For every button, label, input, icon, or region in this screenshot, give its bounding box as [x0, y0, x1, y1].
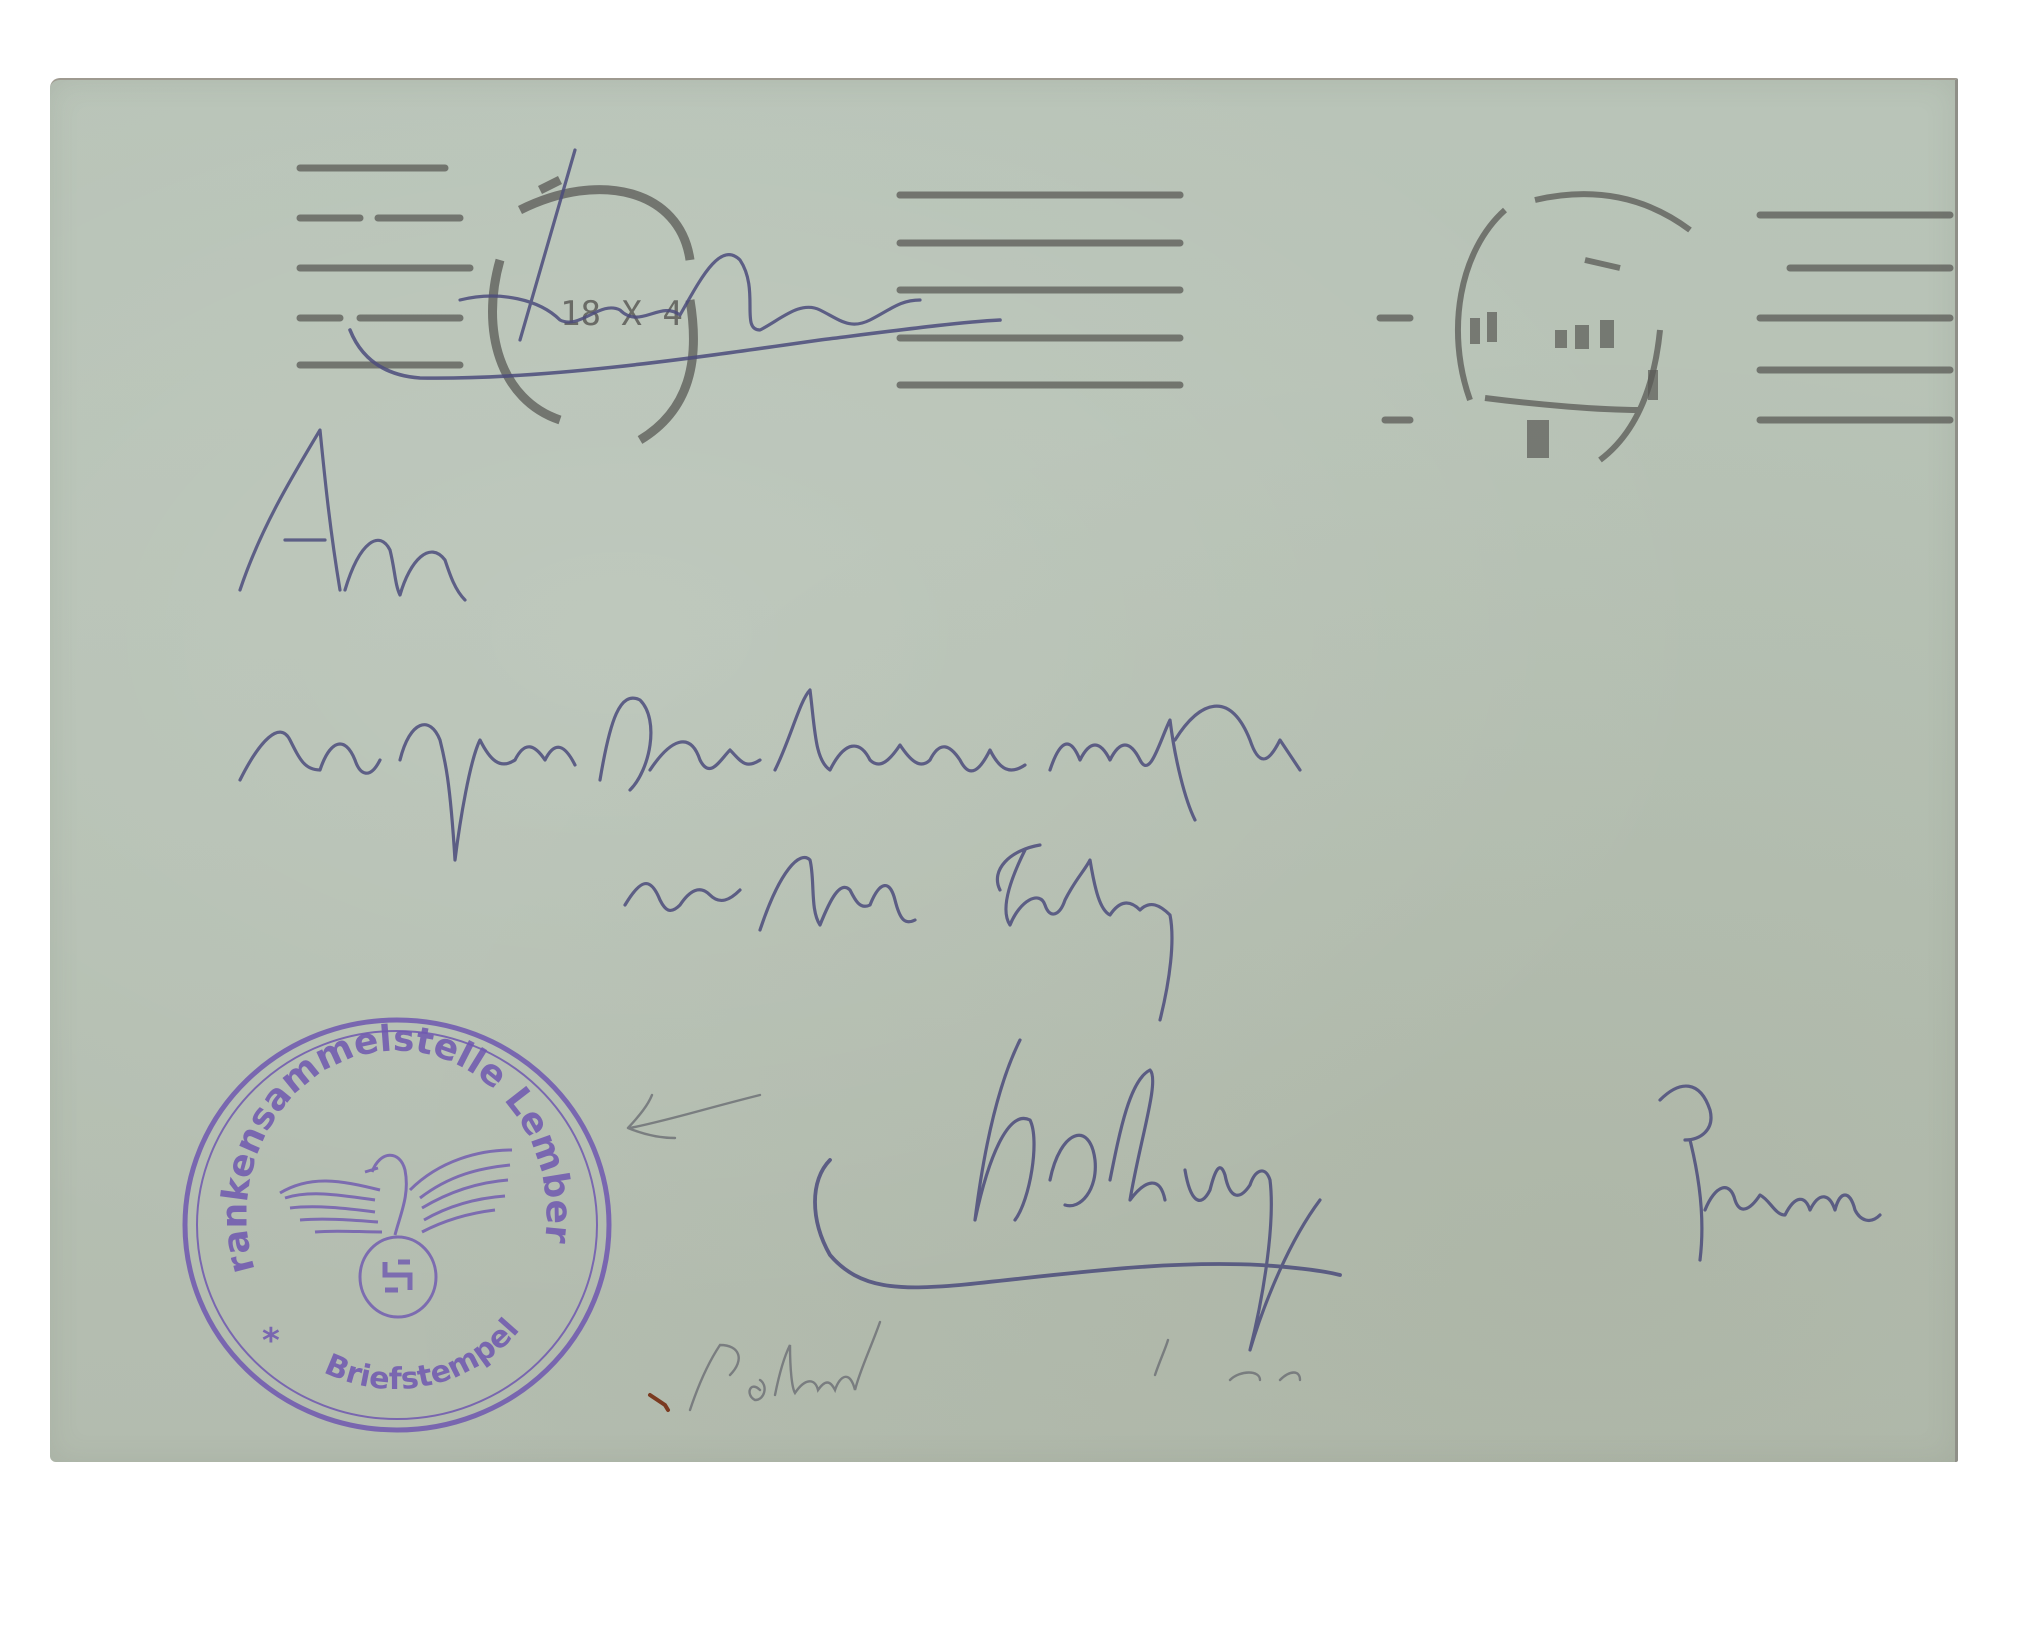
- official-stamp: Krankensammelstelle Lemberg Briefstempel…: [0, 0, 2025, 1650]
- eagle-emblem-icon: [280, 1150, 512, 1317]
- stamp-top-text: Krankensammelstelle Lemberg: [0, 0, 579, 1278]
- stamp-bottom-text: Briefstempel: [320, 1312, 526, 1397]
- stamp-star: *: [262, 1321, 280, 1361]
